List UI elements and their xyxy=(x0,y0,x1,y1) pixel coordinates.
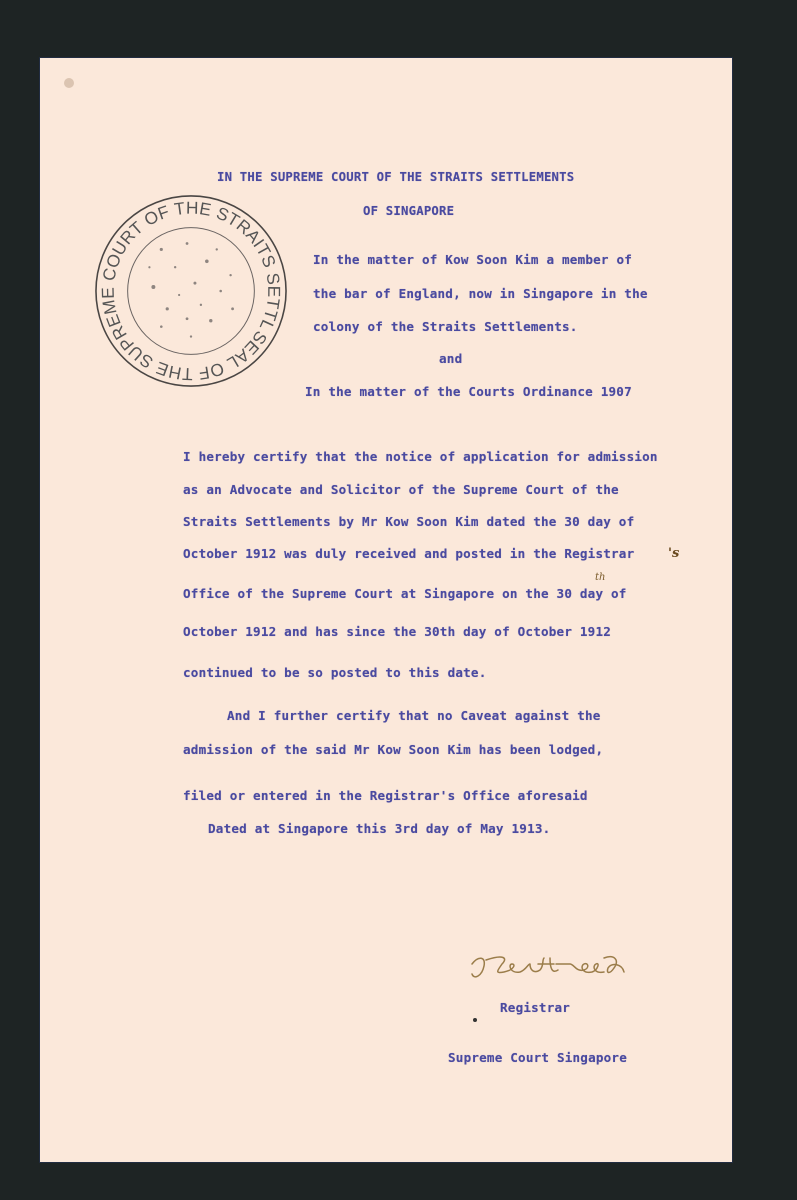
registrar-court: Supreme Court Singapore xyxy=(448,1052,627,1065)
court-heading-line2: OF SINGAPORE xyxy=(363,205,454,217)
certificate-line-5: Office of the Supreme Court at Singapore… xyxy=(183,588,627,601)
registrar-signature-icon xyxy=(464,950,634,992)
registrar-title: Registrar xyxy=(500,1002,570,1015)
handwritten-possessive: 's xyxy=(668,546,679,561)
paper-stain xyxy=(64,78,74,88)
court-seal-icon: SEAL OF THE SUPREME COURT OF THE STRAITS… xyxy=(92,192,290,390)
svg-text:SEAL OF THE SUPREME COURT OF T: SEAL OF THE SUPREME COURT OF THE STRAITS… xyxy=(92,192,290,390)
dated-line: Dated at Singapore this 3rd day of May 1… xyxy=(208,823,550,836)
certificate-line-4: October 1912 was duly received and poste… xyxy=(183,548,634,561)
certificate-line-3: Straits Settlements by Mr Kow Soon Kim d… xyxy=(183,516,634,529)
matter-ordinance: In the matter of the Courts Ordinance 19… xyxy=(305,386,632,399)
matter-line-3: colony of the Straits Settlements. xyxy=(313,321,578,334)
seal-text: SEAL OF THE SUPREME COURT OF THE STRAITS… xyxy=(92,192,290,390)
matter-line-1: In the matter of Kow Soon Kim a member o… xyxy=(313,254,632,267)
handwritten-th: th xyxy=(595,572,605,583)
caveat-line-3: filed or entered in the Registrar's Offi… xyxy=(183,790,588,803)
certificate-line-2: as an Advocate and Solicitor of the Supr… xyxy=(183,484,619,497)
certificate-line-6: October 1912 and has since the 30th day … xyxy=(183,626,611,639)
caveat-line-2: admission of the said Mr Kow Soon Kim ha… xyxy=(183,744,603,757)
document-page: IN THE SUPREME COURT OF THE STRAITS SETT… xyxy=(40,58,732,1162)
matter-line-2: the bar of England, now in Singapore in … xyxy=(313,288,648,301)
certificate-line-7: continued to be so posted to this date. xyxy=(183,667,487,680)
certificate-line-1: I hereby certify that the notice of appl… xyxy=(183,451,658,464)
ink-dot xyxy=(473,1018,477,1022)
caveat-line-1: And I further certify that no Caveat aga… xyxy=(227,710,601,723)
court-heading-line1: IN THE SUPREME COURT OF THE STRAITS SETT… xyxy=(217,171,574,183)
matter-and: and xyxy=(439,353,462,366)
